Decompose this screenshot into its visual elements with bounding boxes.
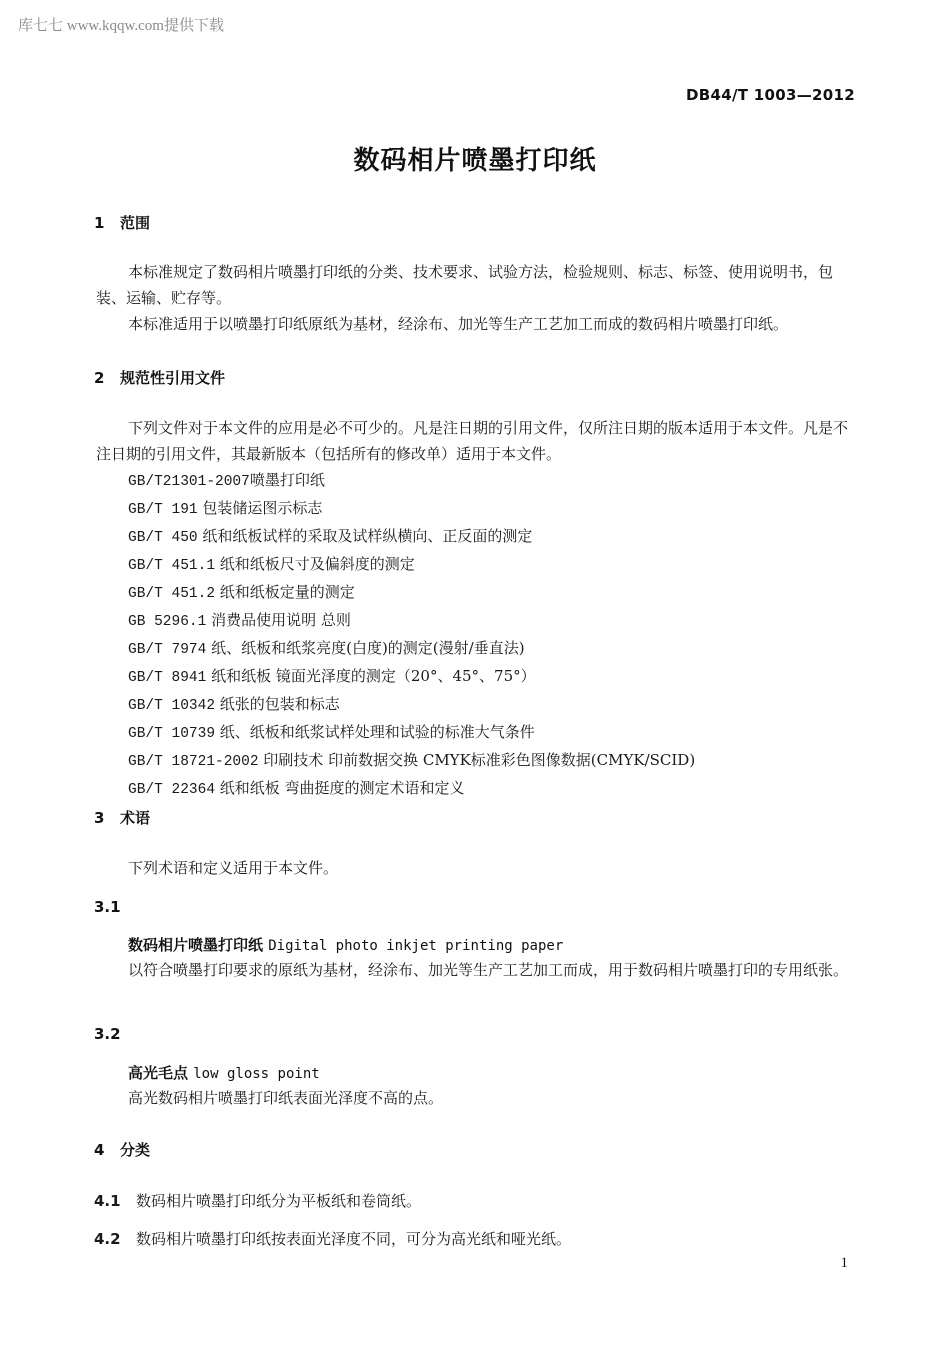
reference-item: GB/T 451.1 纸和纸板尺寸及偏斜度的测定 — [128, 551, 695, 579]
reference-code: GB/T 10739 — [128, 726, 215, 742]
section-1-paragraph-1: 本标准规定了数码相片喷墨打印纸的分类、技术要求、试验方法，检验规则、标志、标签、… — [96, 259, 856, 311]
reference-title: 纸和纸板尺寸及偏斜度的测定 — [215, 555, 415, 573]
term-heading: 数码相片喷墨打印纸 Digital photo inkjet printing … — [128, 934, 563, 955]
reference-title: 纸和纸板 弯曲挺度的测定术语和定义 — [215, 779, 465, 797]
clause-text: 数码相片喷墨打印纸分为平板纸和卷筒纸。 — [136, 1192, 421, 1210]
reference-code: GB/T 191 — [128, 502, 198, 518]
clause-number: 4.1 — [94, 1192, 136, 1210]
reference-item: GB/T21301-2007喷墨打印纸 — [128, 467, 695, 495]
reference-item: GB/T 10342 纸张的包装和标志 — [128, 691, 695, 719]
reference-title: 包装储运图示标志 — [198, 499, 323, 517]
term-english: low gloss point — [193, 1066, 319, 1082]
section-number: 4 — [94, 1141, 120, 1159]
section-2-intro: 下列文件对于本文件的应用是必不可少的。凡是注日期的引用文件，仅所注日期的版本适用… — [96, 415, 856, 467]
clause-number: 4.2 — [94, 1230, 136, 1248]
document-title: 数码相片喷墨打印纸 — [0, 140, 950, 177]
reference-item: GB/T 18721-2002 印刷技术 印前数据交换 CMYK标准彩色图像数据… — [128, 747, 695, 775]
section-title: 术语 — [120, 809, 150, 827]
document-code: DB44/T 1003—2012 — [686, 86, 855, 104]
section-1-paragraph-2: 本标准适用于以喷墨打印纸原纸为基材，经涂布、加光等生产工艺加工而成的数码相片喷墨… — [96, 311, 856, 337]
term-definition: 高光数码相片喷墨打印纸表面光泽度不高的点。 — [128, 1085, 888, 1111]
term-chinese: 数码相片喷墨打印纸 — [128, 936, 263, 954]
reference-title: 纸和纸板试样的采取及试样纵横向、正反面的测定 — [198, 527, 533, 545]
term-chinese: 高光毛点 — [128, 1064, 188, 1082]
reference-code: GB 5296.1 — [128, 614, 206, 630]
reference-item: GB/T 7974 纸、纸板和纸浆亮度(白度)的测定(漫射/垂直法) — [128, 635, 695, 663]
reference-title: 纸、纸板和纸浆亮度(白度)的测定(漫射/垂直法) — [206, 639, 524, 657]
reference-title: 纸、纸板和纸浆试样处理和试验的标准大气条件 — [215, 723, 535, 741]
reference-title: 印刷技术 印前数据交换 CMYK标准彩色图像数据(CMYK/SCID) — [259, 751, 696, 769]
term-number: 3.1 — [94, 898, 121, 916]
reference-item: GB/T 451.2 纸和纸板定量的测定 — [128, 579, 695, 607]
section-title: 分类 — [120, 1141, 150, 1159]
section-title: 规范性引用文件 — [120, 369, 225, 387]
section-3-intro: 下列术语和定义适用于本文件。 — [96, 855, 856, 881]
reference-item: GB/T 10739 纸、纸板和纸浆试样处理和试验的标准大气条件 — [128, 719, 695, 747]
reference-code: GB/T 7974 — [128, 642, 206, 658]
reference-title: 纸张的包装和标志 — [215, 695, 340, 713]
reference-item: GB/T 450 纸和纸板试样的采取及试样纵横向、正反面的测定 — [128, 523, 695, 551]
reference-code: GB/T 450 — [128, 530, 198, 546]
section-title: 范围 — [120, 214, 150, 232]
normative-references-list: GB/T21301-2007喷墨打印纸 GB/T 191 包装储运图示标志 GB… — [128, 467, 695, 803]
section-2-heading: 2规范性引用文件 — [94, 367, 225, 388]
page-number: 1 — [841, 1255, 849, 1272]
reference-title: 消费品使用说明 总则 — [206, 611, 351, 629]
term-english: Digital photo inkjet printing paper — [268, 938, 563, 954]
reference-code: GB/T 22364 — [128, 782, 215, 798]
section-1-heading: 1范围 — [94, 212, 150, 233]
term-definition: 以符合喷墨打印要求的原纸为基材，经涂布、加光等生产工艺加工而成，用于数码相片喷墨… — [96, 957, 856, 983]
clause-4-1: 4.1数码相片喷墨打印纸分为平板纸和卷筒纸。 — [94, 1190, 421, 1211]
clause-4-2: 4.2数码相片喷墨打印纸按表面光泽度不同，可分为高光纸和哑光纸。 — [94, 1228, 571, 1249]
section-number: 1 — [94, 214, 120, 232]
reference-title: 喷墨打印纸 — [250, 471, 325, 489]
clause-text: 数码相片喷墨打印纸按表面光泽度不同，可分为高光纸和哑光纸。 — [136, 1230, 571, 1248]
section-number: 3 — [94, 809, 120, 827]
reference-code: GB/T 451.2 — [128, 586, 215, 602]
watermark: 库七七 www.kqqw.com提供下载 — [18, 14, 224, 35]
reference-item: GB/T 22364 纸和纸板 弯曲挺度的测定术语和定义 — [128, 775, 695, 803]
reference-code: GB/T21301-2007 — [128, 474, 250, 490]
section-number: 2 — [94, 369, 120, 387]
reference-item: GB/T 8941 纸和纸板 镜面光泽度的测定（20°、45°、75°） — [128, 663, 695, 691]
reference-code: GB/T 10342 — [128, 698, 215, 714]
term-heading: 高光毛点 low gloss point — [128, 1062, 320, 1083]
reference-code: GB/T 18721-2002 — [128, 754, 259, 770]
section-3-heading: 3术语 — [94, 807, 150, 828]
reference-item: GB 5296.1 消费品使用说明 总则 — [128, 607, 695, 635]
term-number: 3.2 — [94, 1025, 121, 1043]
reference-code: GB/T 8941 — [128, 670, 206, 686]
reference-title: 纸和纸板定量的测定 — [215, 583, 355, 601]
reference-code: GB/T 451.1 — [128, 558, 215, 574]
section-4-heading: 4分类 — [94, 1139, 150, 1160]
reference-item: GB/T 191 包装储运图示标志 — [128, 495, 695, 523]
reference-title: 纸和纸板 镜面光泽度的测定（20°、45°、75°） — [206, 667, 535, 685]
